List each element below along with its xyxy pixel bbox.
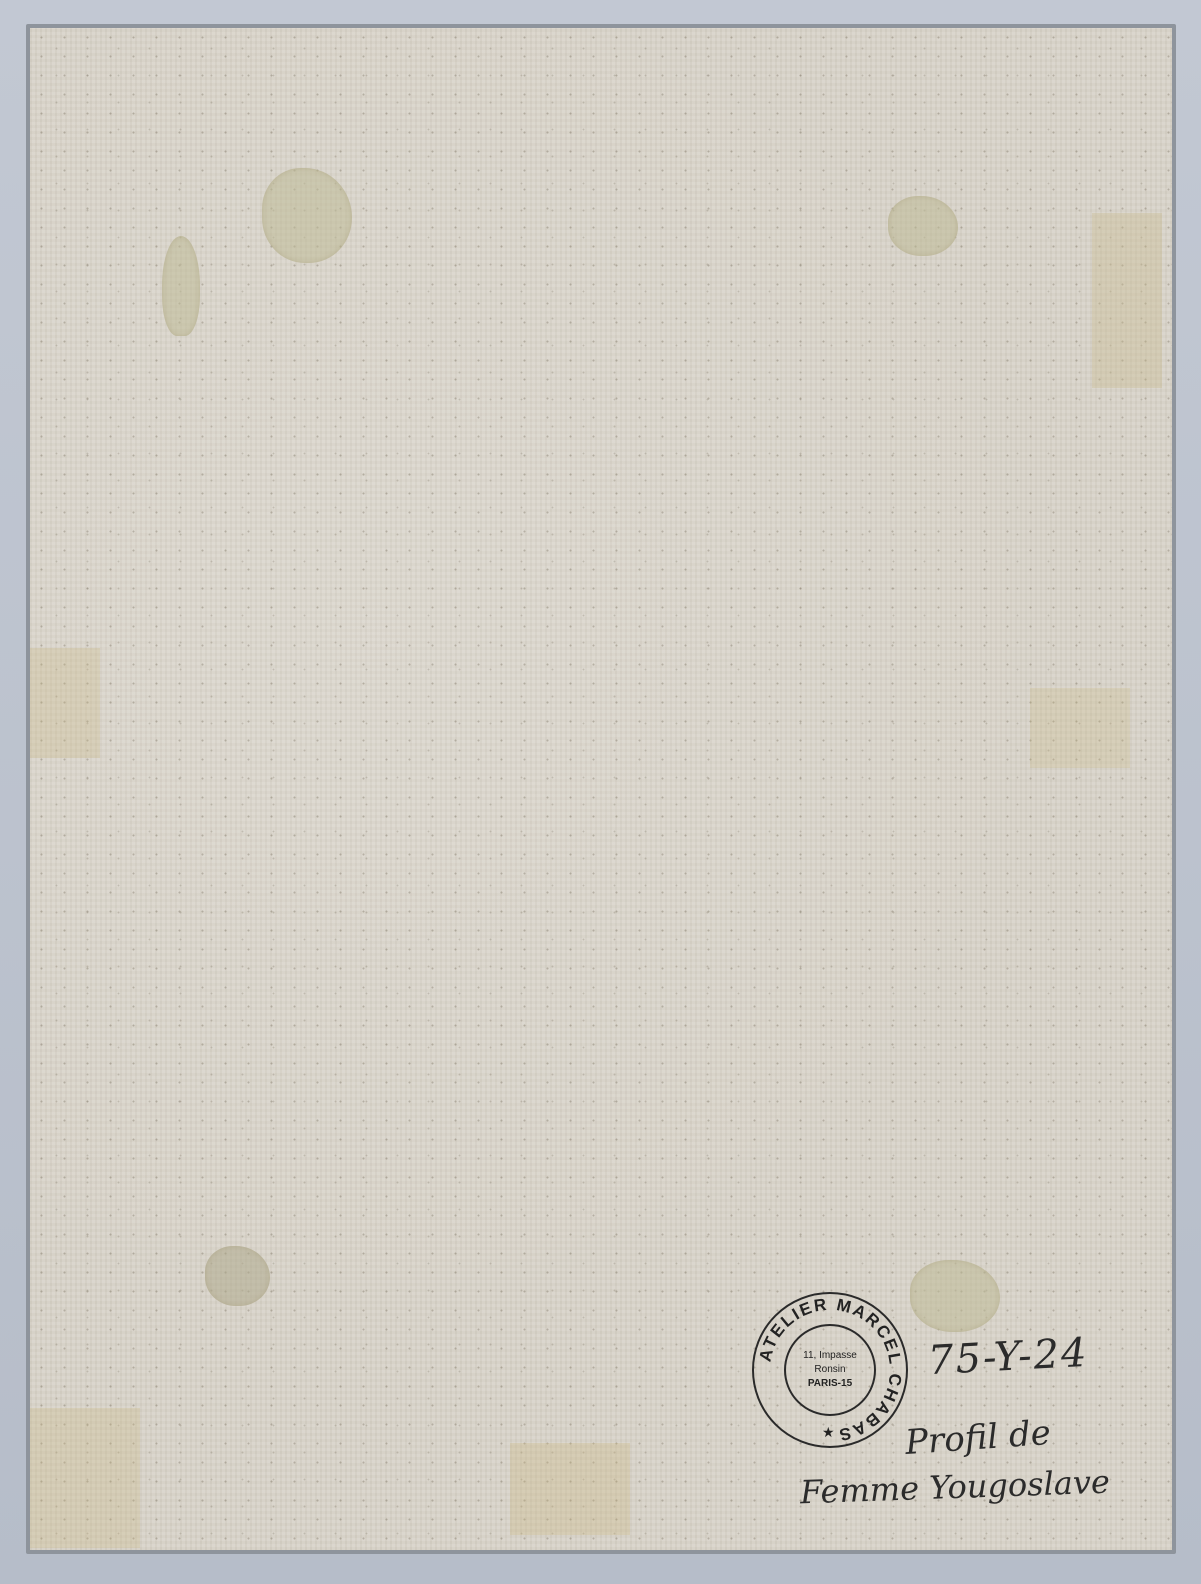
star-icon: ★ — [822, 1424, 835, 1441]
tape-residue-bottom — [510, 1443, 630, 1535]
stamp-address-line1: 11, Impasse — [803, 1349, 857, 1363]
tape-residue-right-edge — [1030, 688, 1130, 768]
glue-residue-bottom-right — [910, 1260, 1000, 1332]
tape-residue-bottom-left-corner — [30, 1408, 140, 1548]
glue-residue-top-left — [262, 168, 352, 263]
paper-texture — [30, 28, 1172, 1550]
glue-residue-bottom-left — [205, 1246, 270, 1306]
atelier-stamp: ATELIER MARCEL CHABAS 11, Impasse Ronsin… — [752, 1292, 908, 1448]
glue-residue-top-right — [888, 196, 958, 256]
glue-residue-left-strip — [162, 236, 200, 336]
inventory-reference: 75-Y-24 — [927, 1330, 1090, 1384]
artwork-board-back — [30, 28, 1172, 1550]
stamp-address-line2: Ronsin — [814, 1363, 845, 1377]
tape-residue-left-edge — [30, 648, 100, 758]
stamp-address: 11, Impasse Ronsin PARIS-15 — [784, 1324, 876, 1416]
tape-residue-right — [1092, 213, 1162, 388]
stamp-address-line3: PARIS-15 — [808, 1377, 852, 1391]
